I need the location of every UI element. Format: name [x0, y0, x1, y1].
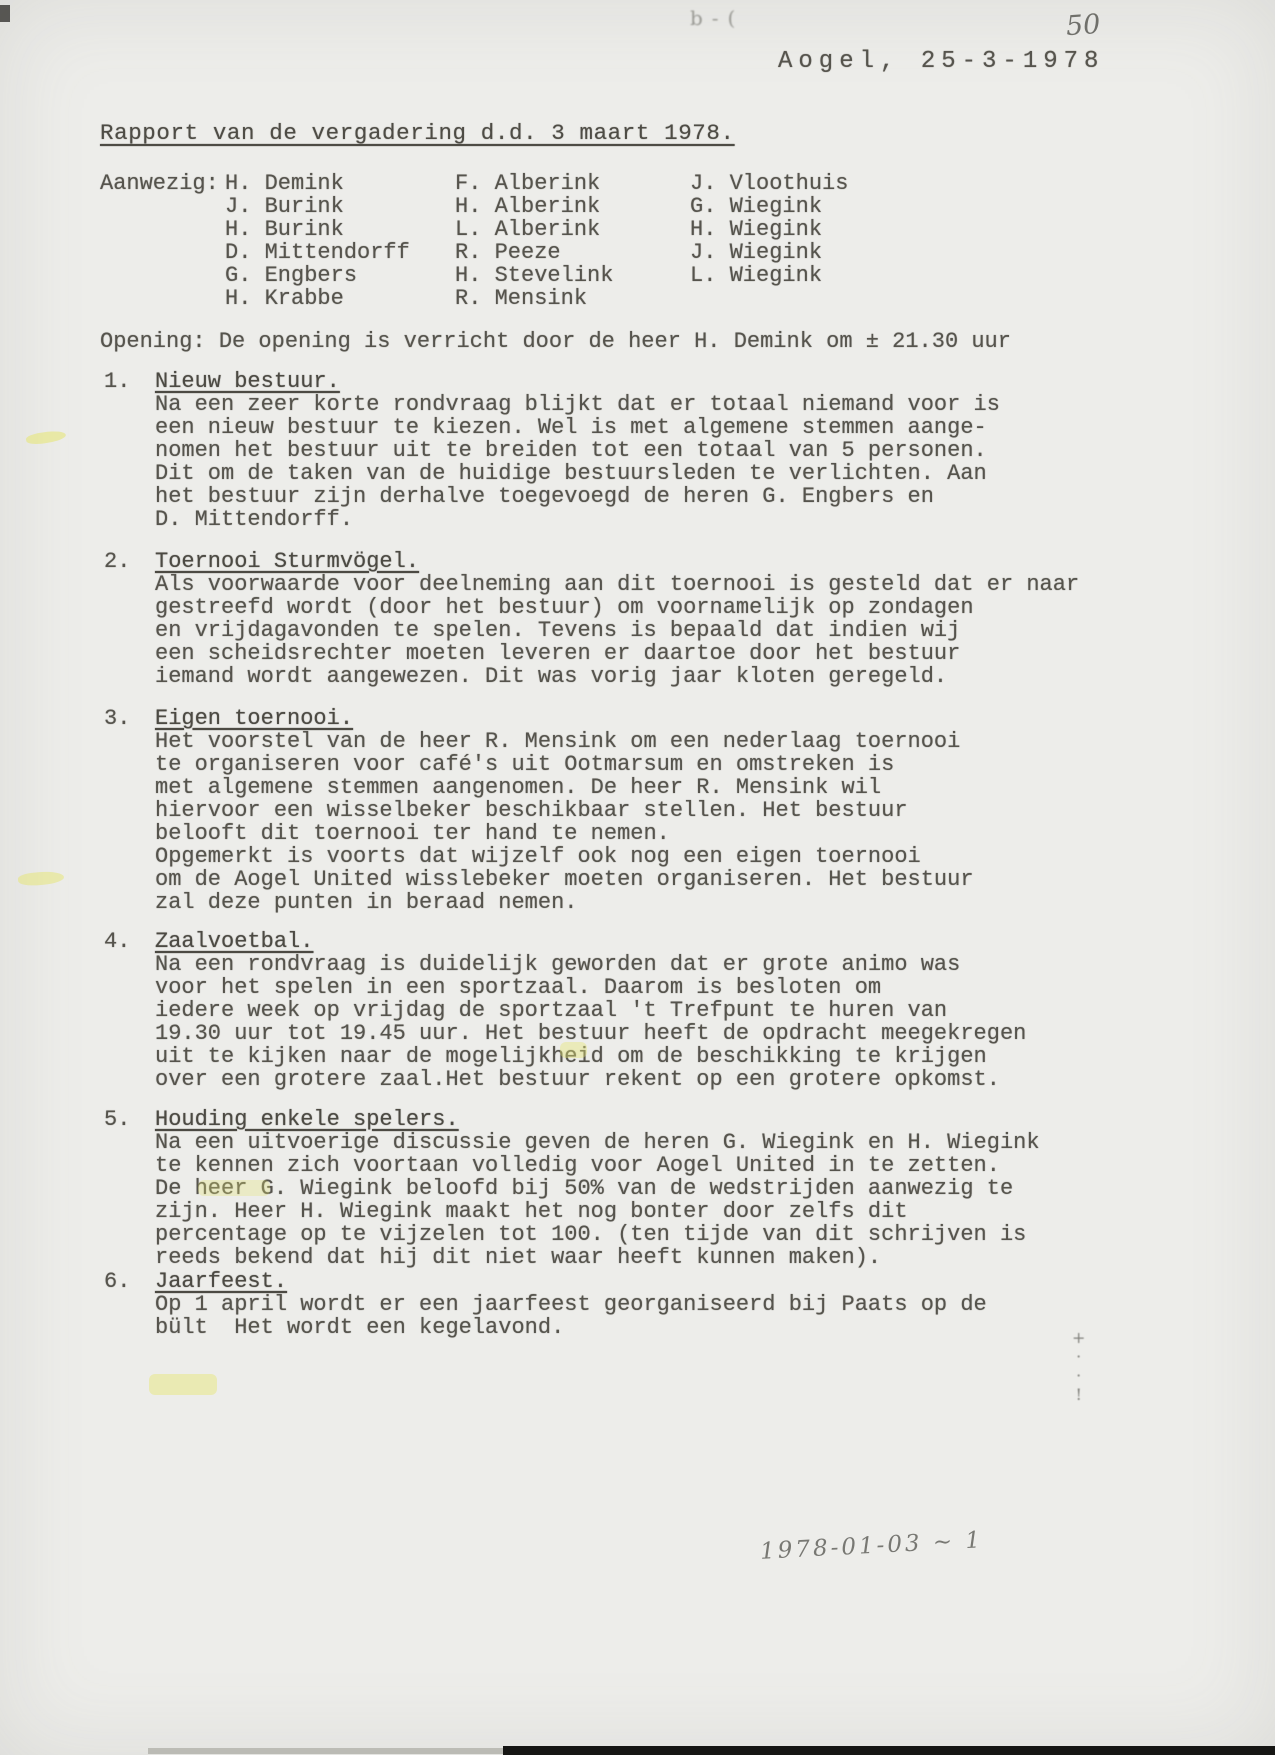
scan-edge-mark	[0, 5, 10, 22]
section-title: Eigen toernooi.	[155, 707, 1175, 730]
scan-strip-dark	[503, 1746, 1275, 1755]
highlight-mark	[560, 1042, 587, 1058]
top-smudge: b-(	[690, 6, 744, 30]
section-text: Als voorwaarde voor deelneming aan dit t…	[155, 573, 1175, 688]
opening-line: Opening: De opening is verricht door de …	[100, 330, 1011, 353]
scanned-document-page: b-( 50 Aogel, 25-3-1978 Rapport van de v…	[0, 0, 1275, 1755]
section-number: 4.	[104, 930, 130, 953]
highlight-mark	[149, 1374, 217, 1395]
pencil-margin-marks: + · · !	[1072, 1328, 1085, 1404]
section-number: 2.	[104, 550, 130, 573]
section-title: Zaalvoetbal.	[155, 930, 1175, 953]
attendees-column-2: F. Alberink H. Alberink L. Alberink R. P…	[455, 172, 613, 310]
section-number: 1.	[104, 370, 130, 393]
handwritten-archival-note: 1978-01-03 ~ 1	[759, 1527, 983, 1565]
attendees-column-3: J. Vloothuis G. Wiegink H. Wiegink J. Wi…	[690, 172, 848, 287]
dateline: Aogel, 25-3-1978	[778, 50, 1104, 73]
highlight-mark	[18, 870, 65, 887]
section-text: Na een uitvoerige discussie geven de her…	[155, 1131, 1175, 1269]
attendees-label: Aanwezig:	[100, 172, 219, 195]
handwritten-page-number: 50	[1065, 9, 1101, 42]
section-text: Het voorstel van de heer R. Mensink om e…	[155, 730, 1175, 914]
section-title: Jaarfeest.	[155, 1270, 1175, 1293]
section-text: Na een zeer korte rondvraag blijkt dat e…	[155, 393, 1175, 531]
section-number: 3.	[104, 707, 130, 730]
section-text: Na een rondvraag is duidelijk geworden d…	[155, 953, 1175, 1091]
section-number: 6.	[104, 1270, 130, 1293]
section-title: Nieuw bestuur.	[155, 370, 1175, 393]
attendees-column-1: H. Demink J. Burink H. Burink D. Mittend…	[225, 172, 410, 310]
highlight-mark	[198, 1180, 270, 1196]
section-number: 5.	[104, 1108, 130, 1131]
scan-strip-light	[148, 1748, 508, 1754]
highlight-mark	[25, 429, 66, 446]
section-title: Houding enkele spelers.	[155, 1108, 1175, 1131]
section-text: Op 1 april wordt er een jaarfeest georga…	[155, 1293, 1175, 1339]
page-title: Rapport van de vergadering d.d. 3 maart …	[100, 122, 735, 145]
section-title: Toernooi Sturmvögel.	[155, 550, 1175, 573]
